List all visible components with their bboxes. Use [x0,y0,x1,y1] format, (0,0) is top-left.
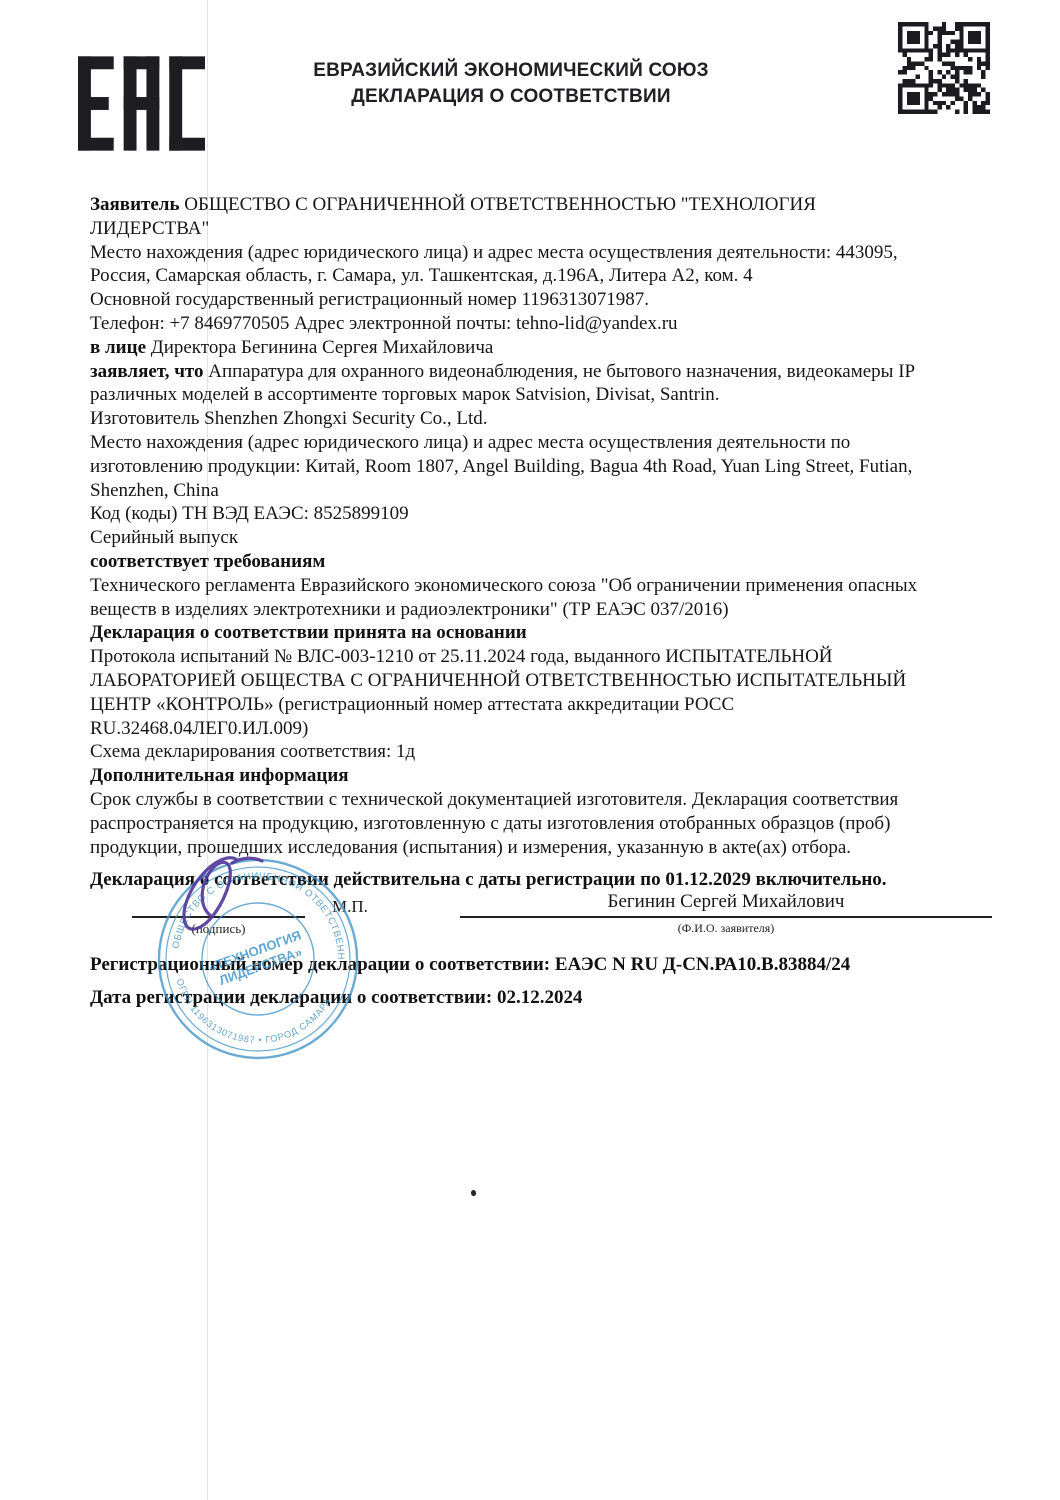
full-name-caption: (Ф.И.О. заявителя) [460,921,992,936]
heading-additional-info: Дополнительная информация [90,764,1042,788]
title-union: ЕВРАЗИЙСКИЙ ЭКОНОМИЧЕСКИЙ СОЮЗ [230,58,792,84]
field-declaration-scheme: Схема декларирования соответствия: 1д [90,740,1042,764]
handwritten-signature [140,845,290,950]
qr-code [898,22,990,114]
declaration-body: Заявитель ОБЩЕСТВО С ОГРАНИЧЕННОЙ ОТВЕТС… [90,193,1042,892]
field-tnved-code: Код (коды) ТН ВЭД ЕАЭС: 8525899109 [90,502,1042,526]
field-manufacturer-address: Место нахождения (адрес юридического лиц… [90,431,1042,502]
full-name-line [460,916,992,918]
declaration-page: { "header": { "title_line1": "ЕВРАЗИЙСКИ… [0,0,1060,1500]
eac-mark-logo [78,56,205,151]
applicant-full-name: Бегинин Сергей Михайлович [460,891,992,913]
field-test-protocol: Протокола испытаний № ВЛС-003-1210 от 25… [90,645,1042,740]
title-declaration: ДЕКЛАРАЦИЯ О СООТВЕТСТВИИ [230,84,792,110]
heading-basis: Декларация о соответствии принята на осн… [90,621,1042,645]
scan-speck [471,1190,476,1196]
heading-complies-with: соответствует требованиям [90,550,1042,574]
document-title: ЕВРАЗИЙСКИЙ ЭКОНОМИЧЕСКИЙ СОЮЗ ДЕКЛАРАЦИ… [230,58,792,110]
field-declares-product: заявляет, что Аппаратура для охранного в… [90,360,1042,408]
field-applicant-address: Место нахождения (адрес юридического лиц… [90,241,1042,289]
field-serial-production: Серийный выпуск [90,526,1042,550]
field-represented-by: в лице Директора Бегинина Сергея Михайло… [90,336,1042,360]
field-phone-email: Телефон: +7 8469770505 Адрес электронной… [90,312,1042,336]
field-manufacturer: Изготовитель Shenzhen Zhongxi Security C… [90,407,1042,431]
field-technical-regulation: Технического регламента Евразийского эко… [90,574,1042,622]
field-applicant: Заявитель ОБЩЕСТВО С ОГРАНИЧЕННОЙ ОТВЕТС… [90,193,1042,241]
field-ogrn: Основной государственный регистрационный… [90,288,1042,312]
